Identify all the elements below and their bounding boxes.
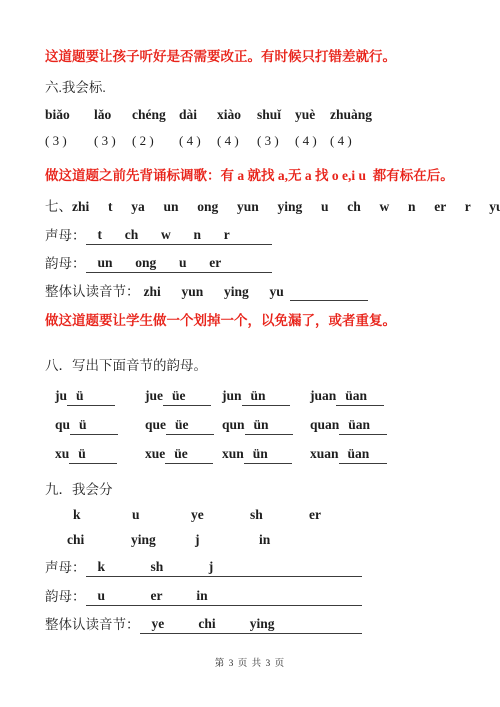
syllable-column: biǎo ( 3 ) xyxy=(45,106,94,150)
syllable-cell: queüe xyxy=(145,416,222,435)
syllable-text: yuè xyxy=(295,106,330,124)
zhengti-answer-line: ye chi ying xyxy=(140,615,362,634)
syllable-text: xue xyxy=(145,446,165,461)
tone-position-answer: ( 3 ) xyxy=(257,132,295,150)
section7-shengmu-field: 声母：t ch w n r xyxy=(45,226,462,245)
syllable-cell: quanüan xyxy=(310,416,410,435)
section7-number: 七、 xyxy=(45,199,72,214)
syllable-column: dài ( 4 ) xyxy=(179,106,217,150)
yunmu-answer-line: ü xyxy=(67,387,115,406)
syllable-cell: junün xyxy=(222,387,310,406)
syllable-text: xiào xyxy=(217,106,257,124)
syllable-cell: qunün xyxy=(222,416,310,435)
syllable-column: chéng ( 2 ) xyxy=(132,106,179,150)
syllable-text: k xyxy=(73,506,132,524)
syllable-text: quan xyxy=(310,417,339,432)
section9-title: 九．我会分 xyxy=(45,481,462,499)
syllable-text: er xyxy=(309,506,368,524)
yunmu-answer-line: un ong u er xyxy=(86,254,272,273)
tone-position-answer: ( 3 ) xyxy=(45,132,94,150)
zhengti-answer: zhi yun ying yu xyxy=(140,283,284,301)
syllable-text: que xyxy=(145,417,166,432)
yunmu-answer-line: ün xyxy=(245,416,293,435)
yunmu-answer-line: üe xyxy=(163,387,211,406)
teacher-note-2: 做这道题之前先背诵标调歌：有 a 就找 a,无 a 找 o e,i u 都有标在… xyxy=(45,167,462,185)
zhengti-label: 整体认读音节： xyxy=(45,616,140,634)
section9-yunmu-field: 韵母：u er in xyxy=(45,587,462,606)
syllable-column: shuǐ ( 3 ) xyxy=(257,106,295,150)
syllable-column: xiào ( 4 ) xyxy=(217,106,257,150)
syllable-cell: xunün xyxy=(222,445,310,464)
syllable-cell: quü xyxy=(55,416,145,435)
shengmu-label: 声母： xyxy=(45,559,86,577)
yunmu-label: 韵母： xyxy=(45,255,86,273)
syllable-text: ye xyxy=(191,506,250,524)
tone-position-answer: ( 4 ) xyxy=(295,132,330,150)
syllable-cell: xuanüan xyxy=(310,445,410,464)
syllable-cell: juü xyxy=(55,387,145,406)
syllable-text: jue xyxy=(145,388,163,403)
section7-title: 七、zhi t ya un ong yun ying u ch w n er r… xyxy=(45,198,462,216)
teacher-note-3: 做这道题要让学生做一个划掉一个，以免漏了，或者重复。 xyxy=(45,312,462,330)
syllable-text: u xyxy=(132,506,191,524)
syllable-text: lǎo xyxy=(94,106,132,124)
tone-position-answer: ( 3 ) xyxy=(94,132,132,150)
syllable-text: j xyxy=(195,531,259,549)
syllable-text: qu xyxy=(55,417,70,432)
worksheet-page: 这道题要让孩子听好是否需要改正。有时候只打错差就行。 六.我会标. biǎo (… xyxy=(0,0,500,634)
tone-position-answer: ( 2 ) xyxy=(132,132,179,150)
yunmu-answer-line: üan xyxy=(339,416,387,435)
syllable-text: zhuàng xyxy=(330,106,392,124)
zhengti-label: 整体认读音节： xyxy=(45,283,140,301)
tone-position-answer: ( 4 ) xyxy=(179,132,217,150)
syllable-cell: xuü xyxy=(55,445,145,464)
yunmu-answer-line: ün xyxy=(244,445,292,464)
section9-shengmu-field: 声母：k sh j xyxy=(45,558,462,577)
syllable-text: sh xyxy=(250,506,309,524)
yunmu-answer-line: ü xyxy=(70,416,118,435)
tone-position-answer: ( 4 ) xyxy=(217,132,257,150)
section7-yunmu-field: 韵母：un ong u er xyxy=(45,254,462,273)
section6-syllable-table: biǎo ( 3 ) lǎo ( 3 ) chéng ( 2 ) dài ( 4… xyxy=(45,106,462,150)
syllable-text: juan xyxy=(310,388,336,403)
section7-syllable-list: zhi t ya un ong yun ying u ch w n er r y… xyxy=(72,199,500,214)
page-number-footer: 第 3 页 共 3 页 xyxy=(0,655,500,669)
section8-row: quü queüe qunün quanüan xyxy=(55,416,462,435)
yunmu-answer-line: ün xyxy=(242,387,290,406)
syllable-text: ju xyxy=(55,388,67,403)
syllable-text: in xyxy=(259,531,323,549)
yunmu-answer-line: üe xyxy=(165,445,213,464)
yunmu-label: 韵母： xyxy=(45,588,86,606)
syllable-text: xu xyxy=(55,446,69,461)
syllable-text: dài xyxy=(179,106,217,124)
section9-syllable-row-2: chi ying j in xyxy=(67,531,462,549)
section7-zhengti-field: 整体认读音节：zhi yun ying yu xyxy=(45,283,462,301)
syllable-column: yuè ( 4 ) xyxy=(295,106,330,150)
syllable-text: xuan xyxy=(310,446,339,461)
section9-syllable-row-1: k u ye sh er xyxy=(73,506,462,524)
section8-title: 八．写出下面音节的韵母。 xyxy=(45,357,462,375)
blank-answer-line xyxy=(290,287,368,301)
yunmu-answer-line: üe xyxy=(166,416,214,435)
shengmu-label: 声母： xyxy=(45,227,86,245)
section8-row: xuü xueüe xunün xuanüan xyxy=(55,445,462,464)
shengmu-answer-line: t ch w n r xyxy=(86,226,272,245)
yunmu-answer-line: ü xyxy=(69,445,117,464)
syllable-text: ying xyxy=(131,531,195,549)
syllable-column: zhuàng ( 4 ) xyxy=(330,106,392,150)
section6-title: 六.我会标. xyxy=(45,79,462,97)
syllable-column: lǎo ( 3 ) xyxy=(94,106,132,150)
syllable-text: jun xyxy=(222,388,242,403)
section8-grid: juü jueüe junün juanüan quü queüe qunün … xyxy=(55,387,462,464)
shengmu-answer-line: k sh j xyxy=(86,558,362,577)
syllable-text: xun xyxy=(222,446,244,461)
syllable-text: chi xyxy=(67,531,131,549)
syllable-cell: xueüe xyxy=(145,445,222,464)
yunmu-answer-line: üan xyxy=(339,445,387,464)
syllable-text: qun xyxy=(222,417,245,432)
tone-position-answer: ( 4 ) xyxy=(330,132,392,150)
syllable-text: chéng xyxy=(132,106,179,124)
yunmu-answer-line: üan xyxy=(336,387,384,406)
syllable-cell: juanüan xyxy=(310,387,410,406)
section8-row: juü jueüe junün juanüan xyxy=(55,387,462,406)
teacher-note-1: 这道题要让孩子听好是否需要改正。有时候只打错差就行。 xyxy=(45,48,462,66)
section9-zhengti-field: 整体认读音节：ye chi ying xyxy=(45,615,462,634)
syllable-text: shuǐ xyxy=(257,106,295,124)
syllable-cell: jueüe xyxy=(145,387,222,406)
syllable-text: biǎo xyxy=(45,106,94,124)
yunmu-answer-line: u er in xyxy=(86,587,362,606)
